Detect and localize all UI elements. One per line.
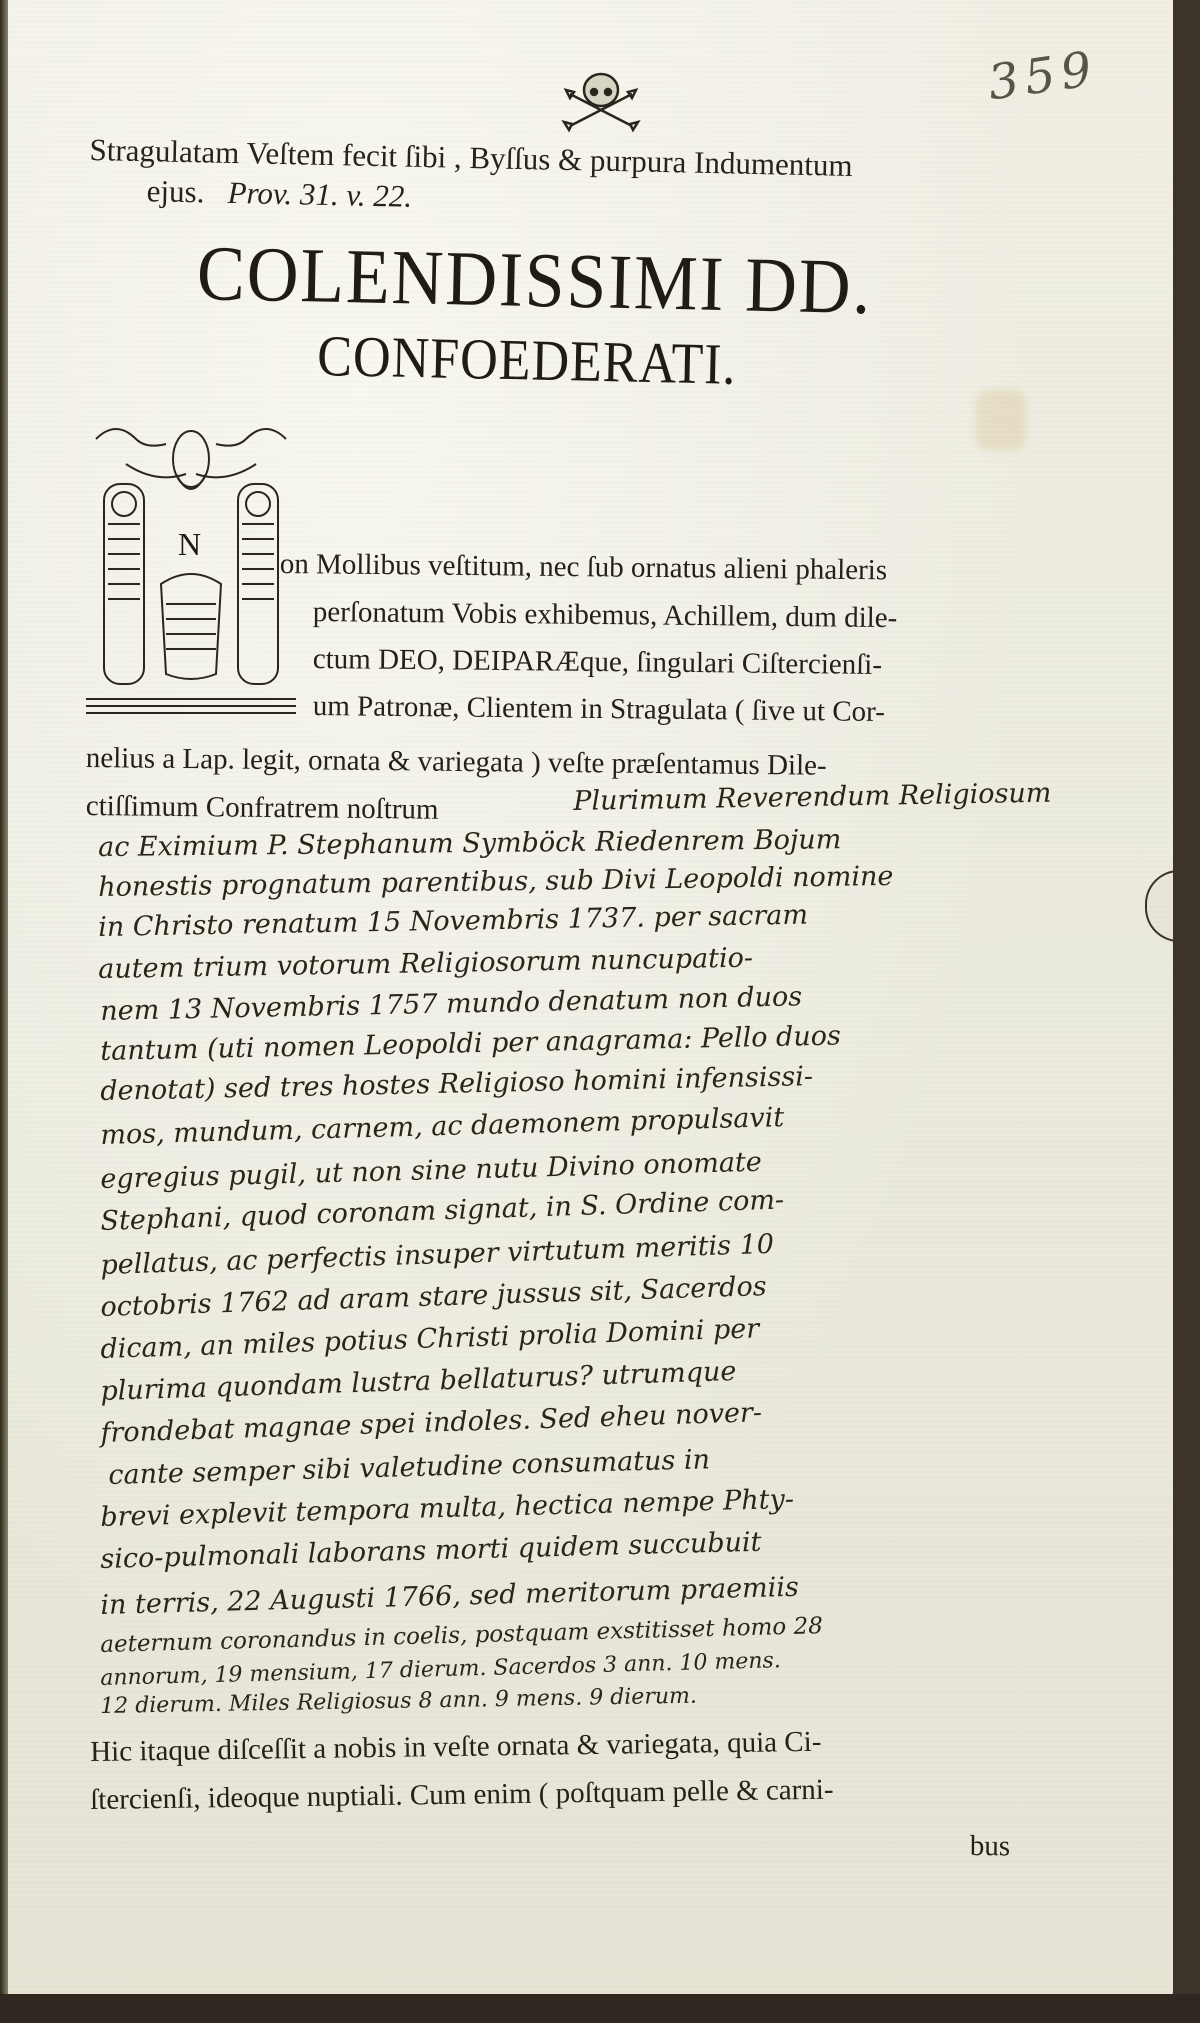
handwritten-line-14: dicam, an miles potius Christi prolia Do… xyxy=(100,1313,760,1365)
handwritten-line-1: Plurimum Reverendum Religiosum xyxy=(573,778,1052,817)
printed-closing-line-2: ſtercienſi, ideoque nuptiali. Cum enim (… xyxy=(90,1774,834,1817)
handwritten-line-2: ac Eximium P. Stephanum Symböck Riedenre… xyxy=(98,824,841,863)
woodcut-ornament-icon xyxy=(86,414,296,724)
paper-stain xyxy=(976,390,1026,450)
printed-line-5: nelius a Lap. legit, ornata & variegata … xyxy=(86,742,827,783)
handwritten-line-9: mos, mundum, carnem, ac daemonem propuls… xyxy=(100,1102,785,1151)
motto-line-2-text: ejus. xyxy=(146,173,204,209)
handwritten-line-11: Stephani, quod coronam signat, in S. Ord… xyxy=(100,1185,785,1237)
handwritten-line-16: frondebat magnae spei indoles. Sed eheu … xyxy=(100,1397,762,1449)
handwritten-line-5: autem trium votorum Religiosorum nuncupa… xyxy=(98,943,753,985)
folio-number: 359 xyxy=(985,41,1101,112)
initial-letter: N xyxy=(178,526,201,563)
printed-line-6: ctiſſimum Confratrem noſtrum xyxy=(86,790,439,827)
handwritten-line-20: in terris, 22 Augusti 1766, sed meritoru… xyxy=(100,1572,799,1621)
handwritten-line-23: 12 dierum. Miles Religiosus 8 ann. 9 men… xyxy=(100,1684,697,1719)
printed-line-4: um Patronæ, Clientem in Stragulata ( ſiv… xyxy=(313,690,885,729)
handwritten-line-3: honestis prognatum parentibus, sub Divi … xyxy=(98,861,894,903)
document-page: 359 Stragulatam Veſtem fecit ſibi , Byſſ… xyxy=(8,0,1173,1998)
handwritten-line-18: brevi explevit tempora multa, hectica ne… xyxy=(100,1484,794,1533)
printed-line-3: ctum DEO, DEIPARÆque, ſingulari Ciſterci… xyxy=(313,643,883,682)
skull-crossbones-icon xyxy=(556,66,646,134)
binding-edge xyxy=(0,0,8,2000)
title-line-2: CONFOEDERATI. xyxy=(317,322,737,398)
handwritten-line-17: cante semper sibi valetudine consumatus … xyxy=(108,1444,710,1491)
bottom-page-edge xyxy=(0,1994,1200,2023)
handwritten-line-8: denotat) sed tres hostes Religioso homin… xyxy=(100,1061,813,1107)
motto-citation: Prov. 31. v. 22. xyxy=(227,175,412,214)
handwritten-line-6: nem 13 Novembris 1757 mundo denatum non … xyxy=(100,981,802,1027)
printed-closing-line-1: Hic itaque diſceſſit a nobis in veſte or… xyxy=(90,1726,822,1769)
printed-line-1: on Mollibus veſtitum, nec ſub ornatus al… xyxy=(280,548,888,587)
motto-verse: Stragulatam Veſtem fecit ſibi , Byſſus &… xyxy=(88,130,1049,230)
right-page-edge xyxy=(1173,0,1200,2023)
handwritten-line-15: plurima quondam lustra bellaturus? utrum… xyxy=(100,1356,737,1407)
handwritten-line-7: tantum (uti nomen Leopoldi per anagrama:… xyxy=(100,1020,841,1067)
printed-line-2: perſonatum Vobis exhibemus, Achillem, du… xyxy=(313,596,898,635)
catchword: bus xyxy=(970,1830,1011,1863)
handwritten-line-19: sico-pulmonali laborans morti quidem suc… xyxy=(100,1527,762,1575)
title-line-1: COLENDISSIMI DD. xyxy=(196,228,934,333)
ornamental-initial: N xyxy=(86,414,296,724)
handwritten-line-4: in Christo renatum 15 Novembris 1737. pe… xyxy=(98,900,808,943)
